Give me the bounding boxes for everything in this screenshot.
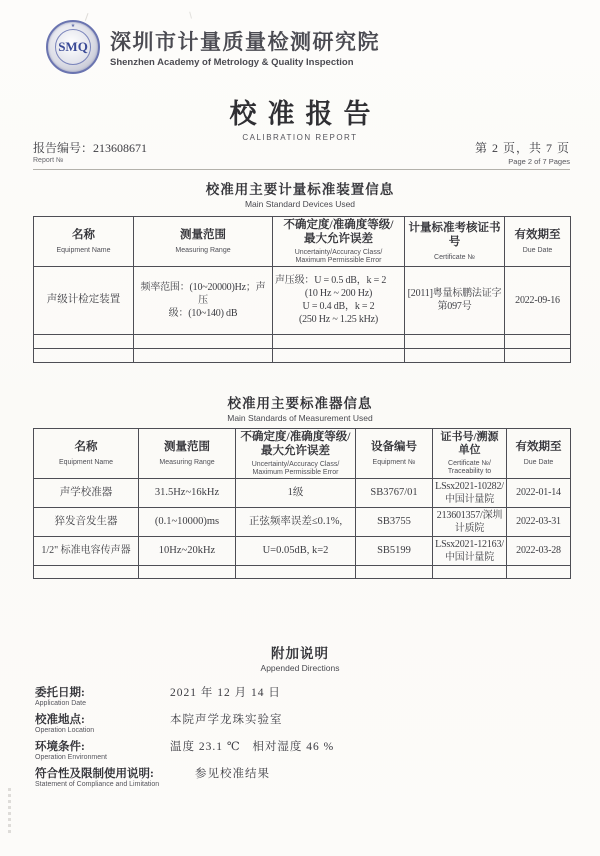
header-en: Equipment Name: [36, 459, 136, 467]
pencil-smudge: [189, 10, 197, 18]
certificate-cell: 213601357/深圳计质院: [433, 507, 507, 536]
header-cn: 不确定度/准确度等级/: [238, 430, 353, 444]
appended-item-operation-location: 校准地点: Operation Location 本院声学龙珠实验室: [35, 711, 565, 734]
section3-heading: 附加说明 Appended Directions: [0, 642, 600, 673]
table-row: 1/2" 标准电容传声器 10Hz~20kHz U=0.05dB, k=2 SB…: [34, 536, 571, 565]
empty-cell: [236, 565, 356, 578]
empty-cell: [34, 348, 134, 362]
equipment-no-cell: SB3755: [356, 507, 433, 536]
equipment-no-cell: SB5199: [356, 536, 433, 565]
item-value: 2021 年 12 月 14 日: [170, 684, 281, 700]
header-cn: 不确定度/准确度等级/: [275, 218, 402, 232]
report-number: 报告编号：213608671: [33, 139, 147, 156]
header-equipment-name: 名称 Equipment Name: [34, 429, 139, 479]
empty-cell: [507, 565, 571, 578]
item-label-english: Application Date: [35, 700, 565, 707]
section2-heading: 校准用主要标准器信息 Main Standards of Measurement…: [0, 392, 600, 423]
section2-title-english: Main Standards of Measurement Used: [0, 413, 600, 423]
section3-title-english: Appended Directions: [0, 663, 600, 673]
item-value: 本院声学龙珠实验室: [170, 711, 283, 727]
item-label-english: Statement of Compliance and Limitation: [35, 781, 565, 788]
uncertainty-cell: 1级: [236, 478, 356, 507]
header-en: Maximum Permissible Error: [275, 257, 402, 265]
header-en: Measuring Range: [141, 459, 233, 467]
standards-of-measurement-table: 名称 Equipment Name 测量范围 Measuring Range 不…: [33, 428, 571, 579]
org-header: ★ SMQ 深圳市计量质量检测研究院 Shenzhen Academy of M…: [46, 20, 380, 74]
header-en: Traceability to: [435, 468, 504, 476]
empty-cell: [34, 565, 139, 578]
header-cn: 设备编号: [358, 440, 430, 454]
table-row: 声级计检定装置 频率范围：(10~20000)Hz；声压 级：(10~140) …: [34, 266, 571, 334]
range-cell: (0.1~10000)ms: [139, 507, 236, 536]
header-certificate-no: 计量标准考核证书号 Certificate №: [405, 217, 505, 267]
empty-cell: [273, 348, 405, 362]
item-label-chinese: 符合性及限制使用说明:: [35, 765, 565, 781]
org-name-chinese: 深圳市计量质量检测研究院: [110, 26, 380, 56]
header-due-date: 有效期至 Due Date: [505, 217, 571, 267]
item-label-chinese: 校准地点:: [35, 711, 565, 727]
document-title: 校准报告 CALIBRATION REPORT: [0, 92, 600, 142]
smq-logo-icon: ★ SMQ: [46, 20, 100, 74]
uncertainty-cell: 声压级：U = 0.5 dB，k = 2 (10 Hz ~ 200 Hz) U …: [273, 266, 405, 334]
empty-cell: [34, 334, 134, 348]
measuring-range-cell: 频率范围：(10~20000)Hz；声压 级：(10~140) dB: [134, 266, 273, 334]
header-uncertainty: 不确定度/准确度等级/ 最大允许误差 Uncertainty/Accuracy …: [236, 429, 356, 479]
header-en: Certificate №: [407, 254, 502, 262]
range-line: 级：(10~140) dB: [136, 307, 270, 320]
due-date-cell: 2022-09-16: [505, 266, 571, 334]
uncertainty-line: (10 Hz ~ 200 Hz): [275, 287, 402, 300]
header-cn: 名称: [36, 228, 131, 242]
page-number: 第 2 页，共 7 页: [475, 139, 570, 156]
range-line: 频率范围：(10~20000)Hz；声压: [136, 281, 270, 307]
certificate-line: 第097号: [407, 300, 502, 313]
due-date-cell: 2022-03-31: [507, 507, 571, 536]
header-cn: 测量范围: [136, 228, 270, 242]
device-name-cell: 声级计检定装置: [34, 266, 134, 334]
uncertainty-cell: U=0.05dB, k=2: [236, 536, 356, 565]
header-measuring-range: 测量范围 Measuring Range: [139, 429, 236, 479]
uncertainty-line: 声压级：U = 0.5 dB，k = 2: [275, 274, 402, 287]
item-value: 参见校准结果: [195, 765, 270, 781]
uncertainty-cell: 正弦频率误差≤0.1%,: [236, 507, 356, 536]
item-label-chinese: 委托日期:: [35, 684, 565, 700]
report-number-block: 报告编号：213608671 Report №: [33, 139, 147, 166]
section1-title-chinese: 校准用主要计量标准装置信息: [0, 178, 600, 198]
section3-title-chinese: 附加说明: [0, 642, 600, 662]
header-due-date: 有效期至 Due Date: [507, 429, 571, 479]
logo-text: SMQ: [58, 39, 88, 55]
due-date-cell: 2022-03-28: [507, 536, 571, 565]
org-name-english: Shenzhen Academy of Metrology & Quality …: [110, 57, 380, 68]
equipment-name-cell: 猝发音发生器: [34, 507, 139, 536]
report-meta: 报告编号：213608671 Report № 第 2 页，共 7 页 Page…: [33, 139, 570, 170]
equipment-no-cell: SB3767/01: [356, 478, 433, 507]
empty-row: [34, 348, 571, 362]
table-row: 声学校准器 31.5Hz~16kHz 1级 SB3767/01 LSsx2021…: [34, 478, 571, 507]
header-equipment-no: 设备编号 Equipment №: [356, 429, 433, 479]
header-en: Uncertainty/Accuracy Class/: [275, 249, 402, 257]
header-en: Uncertainty/Accuracy Class/: [238, 461, 353, 469]
header-en: Maximum Permissible Error: [238, 469, 353, 477]
uncertainty-line: U = 0.4 dB，k = 2: [275, 300, 402, 313]
logo-inner-circle: SMQ: [55, 29, 91, 65]
section1-title-english: Main Standard Devices Used: [0, 199, 600, 209]
empty-cell: [405, 334, 505, 348]
appended-item-environment: 环境条件: Operation Environment 温度 23.1 ℃ 相对…: [35, 738, 565, 761]
header-en: Due Date: [509, 459, 568, 467]
empty-row: [34, 334, 571, 348]
table-header-row: 名称 Equipment Name 测量范围 Measuring Range 不…: [34, 429, 571, 479]
certificate-line: [2011]粤量标鹏法证字: [407, 287, 502, 300]
header-cn: 名称: [36, 440, 136, 454]
calibration-report-page: ★ SMQ 深圳市计量质量检测研究院 Shenzhen Academy of M…: [0, 0, 600, 856]
header-cn: 证书号/溯源单位: [435, 431, 504, 459]
header-certificate-traceability: 证书号/溯源单位 Certificate №/ Traceability to: [433, 429, 507, 479]
empty-cell: [134, 334, 273, 348]
page-number-block: 第 2 页，共 7 页 Page 2 of 7 Pages: [475, 139, 570, 166]
edge-smudge: [8, 788, 11, 834]
header-uncertainty: 不确定度/准确度等级/ 最大允许误差 Uncertainty/Accuracy …: [273, 217, 405, 267]
certificate-cell: [2011]粤量标鹏法证字 第097号: [405, 266, 505, 334]
header-cn: 测量范围: [141, 440, 233, 454]
range-cell: 31.5Hz~16kHz: [139, 478, 236, 507]
standard-devices-table: 名称 Equipment Name 测量范围 Measuring Range 不…: [33, 216, 571, 363]
empty-cell: [356, 565, 433, 578]
uncertainty-line: (250 Hz ~ 1.25 kHz): [275, 313, 402, 326]
empty-cell: [505, 334, 571, 348]
header-cn: 有效期至: [507, 228, 568, 242]
header-equipment-name: 名称 Equipment Name: [34, 217, 134, 267]
logo-star-icon: ★: [71, 23, 75, 29]
header-cn: 最大允许误差: [238, 444, 353, 458]
empty-cell: [433, 565, 507, 578]
table-row: 猝发音发生器 (0.1~10000)ms 正弦频率误差≤0.1%, SB3755…: [34, 507, 571, 536]
empty-cell: [505, 348, 571, 362]
empty-cell: [405, 348, 505, 362]
certificate-cell: LSsx2021-10282/中国计量院: [433, 478, 507, 507]
header-en: Equipment Name: [36, 247, 131, 255]
header-en: Due Date: [507, 247, 568, 255]
empty-cell: [134, 348, 273, 362]
page-number-en: Page 2 of 7 Pages: [475, 157, 570, 166]
header-en: Measuring Range: [136, 247, 270, 255]
header-cn: 最大允许误差: [275, 232, 402, 246]
appended-item-application-date: 委托日期: Application Date 2021 年 12 月 14 日: [35, 684, 565, 707]
header-cn: 计量标准考核证书号: [407, 221, 502, 250]
report-number-label-en: Report №: [33, 157, 147, 164]
range-cell: 10Hz~20kHz: [139, 536, 236, 565]
item-label-english: Operation Environment: [35, 754, 565, 761]
due-date-cell: 2022-01-14: [507, 478, 571, 507]
equipment-name-cell: 声学校准器: [34, 478, 139, 507]
header-en: Equipment №: [358, 459, 430, 467]
empty-cell: [273, 334, 405, 348]
header-en: Certificate №/: [435, 460, 504, 468]
item-value: 温度 23.1 ℃ 相对湿度 46 %: [170, 738, 334, 754]
org-names: 深圳市计量质量检测研究院 Shenzhen Academy of Metrolo…: [110, 26, 380, 68]
table-header-row: 名称 Equipment Name 测量范围 Measuring Range 不…: [34, 217, 571, 267]
section2-title-chinese: 校准用主要标准器信息: [0, 392, 600, 412]
header-measuring-range: 测量范围 Measuring Range: [134, 217, 273, 267]
item-label-english: Operation Location: [35, 727, 565, 734]
equipment-name-cell: 1/2" 标准电容传声器: [34, 536, 139, 565]
header-cn: 有效期至: [509, 440, 568, 454]
document-title-chinese: 校准报告: [0, 92, 600, 131]
section1-heading: 校准用主要计量标准装置信息 Main Standard Devices Used: [0, 178, 600, 209]
empty-cell: [139, 565, 236, 578]
certificate-cell: LSsx2021-12163/中国计量院: [433, 536, 507, 565]
appended-item-compliance: 符合性及限制使用说明: Statement of Compliance and …: [35, 765, 565, 788]
empty-row: [34, 565, 571, 578]
